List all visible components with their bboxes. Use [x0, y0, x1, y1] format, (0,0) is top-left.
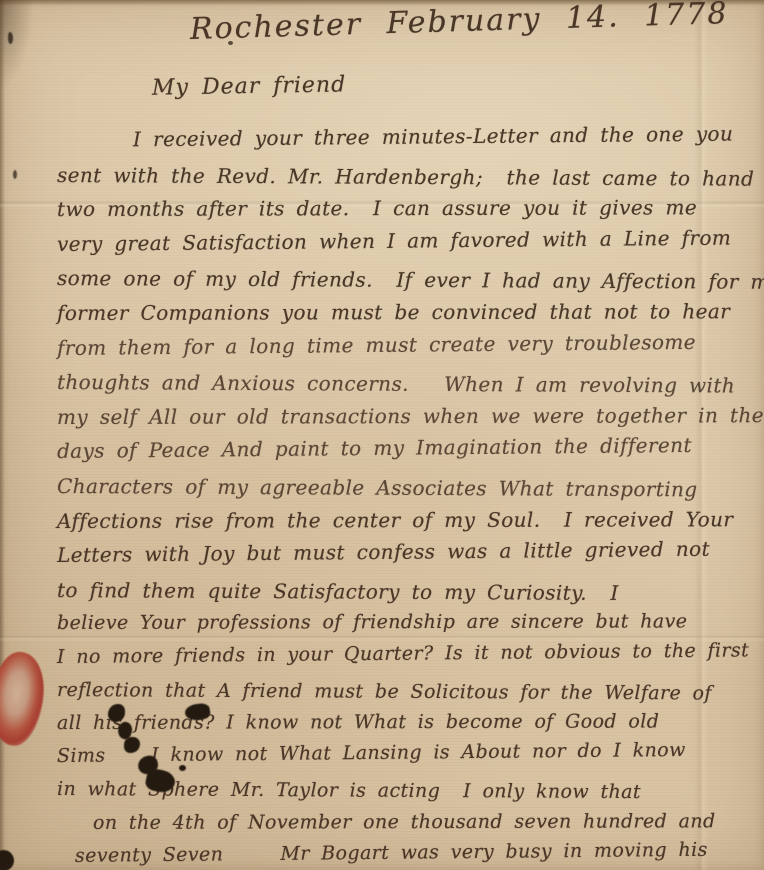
ink-speck	[179, 765, 186, 771]
wax-seal-residue	[0, 649, 49, 748]
letter-body: I received your three minutes-Letter and…	[57, 123, 753, 870]
ink-blot	[0, 850, 14, 870]
letter-line: Sims I know not What Lansing is About no…	[57, 733, 753, 773]
letter-line: days of Peace And paint to my Imaginatio…	[57, 428, 753, 469]
letter-line: I no more friends in your Quarter? Is it…	[57, 634, 753, 674]
letter-salutation: My Dear friend	[152, 72, 347, 100]
letter-page: Rochester February 14. 1778 My Dear frie…	[0, 0, 764, 870]
letter-line: from them for a long time must create ve…	[57, 324, 753, 365]
ink-speck	[13, 170, 17, 179]
letter-line: very great Satisfaction when I am favore…	[57, 220, 753, 261]
letter-date-heading: Rochester February 14. 1778	[189, 0, 729, 47]
ink-speck	[228, 41, 233, 45]
letter-line: seventy Seven Mr Bogart was very busy in…	[57, 833, 753, 870]
ink-speck	[8, 32, 13, 44]
letter-line: Letters with Joy but must confess was a …	[57, 531, 753, 572]
paper-corner-shadow	[0, 0, 34, 90]
letter-line: Characters of my agreeable Associates Wh…	[57, 469, 753, 507]
letter-line: I received your three minutes-Letter and…	[57, 116, 753, 157]
